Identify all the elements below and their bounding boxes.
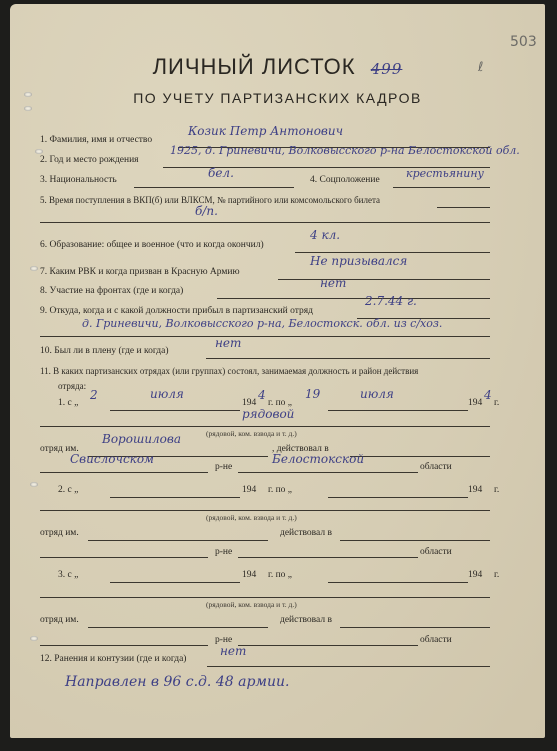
field-2-value: 1925, д. Гриневичи, Волковысского р-на Б… xyxy=(170,144,520,157)
year-label: г. xyxy=(494,485,499,495)
punch-hole xyxy=(35,149,43,154)
field-6-value: 4 кл. xyxy=(310,228,340,242)
district-label: р-не xyxy=(215,462,232,472)
position-hint: (рядовой, ком. взвода и т. д.) xyxy=(206,513,297,522)
region-label: области xyxy=(420,635,452,645)
title-text: ЛИЧНЫЙ ЛИСТОК xyxy=(153,54,356,79)
sheet-number: 499 xyxy=(371,60,403,78)
year-label: г. xyxy=(494,570,499,580)
field-7-label: 7. Каким РВК и когда призван в Красную А… xyxy=(40,267,240,277)
to-year-prefix: 194 xyxy=(468,485,482,495)
field-2-label: 2. Год и место рождения xyxy=(40,155,139,165)
field-3-value: бел. xyxy=(208,166,234,180)
field-12-label: 12. Ранения и контузии (где и когда) xyxy=(40,654,186,664)
field-6-label: 6. Образование: общее и военное (что и к… xyxy=(40,240,264,250)
region-value: Белостокской xyxy=(272,452,364,466)
field-1-value: Козик Петр Антонович xyxy=(188,124,343,138)
document-subtitle: ПО УЧЕТУ ПАРТИЗАНСКИХ КАДРОВ xyxy=(10,90,545,106)
field-3-label: 3. Национальность xyxy=(40,175,117,185)
to-year-suffix: 4 xyxy=(484,388,492,402)
to-month: июля xyxy=(360,387,394,401)
archive-number: 503 xyxy=(510,34,537,50)
field-12-value: нет xyxy=(220,644,246,658)
document-page: 503 ℓ ЛИЧНЫЙ ЛИСТОК 499 ПО УЧЕТУ ПАРТИЗА… xyxy=(10,4,545,738)
footer-note: Направлен в 96 с.д. 48 армии. xyxy=(65,674,290,690)
region-label: области xyxy=(420,462,452,472)
field-5-value: б/п. xyxy=(195,204,218,218)
from-month: июля xyxy=(150,387,184,401)
field-8-label: 8. Участие на фронтах (где и когда) xyxy=(40,286,183,296)
detachment-label: отряд им. xyxy=(40,615,79,625)
field-8-value: нет xyxy=(320,276,346,290)
to-label: г. по „ xyxy=(268,485,292,495)
detachment-label: отряд им. xyxy=(40,528,79,538)
punch-hole xyxy=(30,482,38,487)
document-title: ЛИЧНЫЙ ЛИСТОК 499 xyxy=(10,54,545,80)
field-11-label: 11. В каких партизанских отрядах (или гр… xyxy=(40,366,418,376)
from-year-prefix: 194 xyxy=(242,485,256,495)
district-label: р-не xyxy=(215,547,232,557)
to-day: 19 xyxy=(305,387,320,401)
region-label: области xyxy=(420,547,452,557)
field-4-value: крестьянину xyxy=(406,167,484,180)
entry-number: 2. с „ xyxy=(58,485,78,495)
year-label: г. xyxy=(494,398,499,408)
field-7-value: Не призывался xyxy=(310,254,407,268)
district-value: Свислочском xyxy=(70,452,154,466)
field-9-value-line2: д. Гриневичи, Волковысского р-на, Белост… xyxy=(82,317,442,330)
acted-label: действовал в xyxy=(280,615,332,625)
to-year-prefix: 194 xyxy=(468,398,482,408)
detachment-value: Ворошилова xyxy=(102,432,181,446)
position-value: рядовой xyxy=(242,407,294,421)
punch-hole xyxy=(30,266,38,271)
position-hint: (рядовой, ком. взвода и т. д.) xyxy=(206,429,297,438)
field-9-value: 2.7.44 г. xyxy=(365,294,417,308)
punch-hole xyxy=(30,636,38,641)
field-1-label: 1. Фамилия, имя и отчество xyxy=(40,135,152,145)
to-year-prefix: 194 xyxy=(468,570,482,580)
from-year-suffix: 4 xyxy=(258,388,266,402)
entry-number: 1. с „ xyxy=(58,398,78,408)
field-4-label: 4. Соцположение xyxy=(310,175,380,185)
punch-hole xyxy=(24,106,32,111)
field-10-label: 10. Был ли в плену (где и когда) xyxy=(40,346,169,356)
to-label: г. по „ xyxy=(268,570,292,580)
acted-label: действовал в xyxy=(280,528,332,538)
entry-number: 3. с „ xyxy=(58,570,78,580)
field-11-label-cont: отряда: xyxy=(58,381,86,391)
from-year-prefix: 194 xyxy=(242,570,256,580)
field-9-label: 9. Откуда, когда и с какой должности при… xyxy=(40,306,313,316)
field-10-value: нет xyxy=(215,336,241,350)
position-hint: (рядовой, ком. взвода и т. д.) xyxy=(206,600,297,609)
from-day: 2 xyxy=(90,388,98,402)
